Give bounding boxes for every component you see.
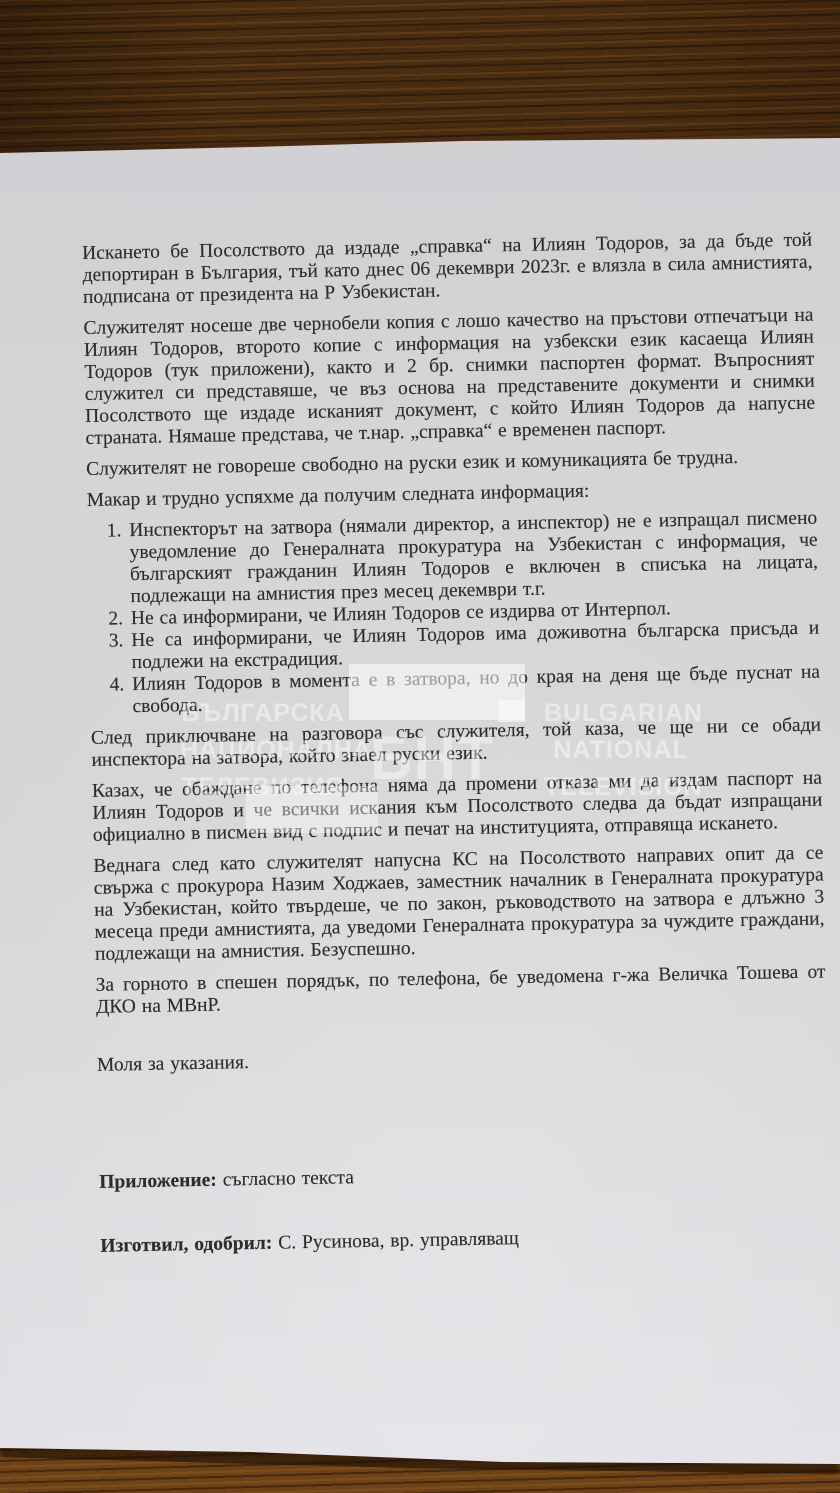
document-text: Искането бе Посолството да издаде „справ… — [82, 230, 831, 1267]
paragraph-call-promise: След приключване на разговора със служит… — [91, 715, 822, 772]
paragraph-prosecutor: Веднага след като служителят напусна КС … — [93, 843, 825, 966]
prepared-by-value: С. Русинова, вр. управляващ — [278, 1228, 519, 1253]
paragraph-closing: Моля за указания. — [97, 1041, 827, 1076]
document-photo: Искането бе Посолството да издаде „справ… — [0, 0, 840, 1493]
document-page: Искането бе Посолството да издаде „справ… — [0, 0, 840, 1493]
attachment-line: Приложение:съгласно текста — [99, 1158, 829, 1193]
prepared-by-label: Изготвил, одобрил: — [100, 1233, 272, 1257]
paragraph-copies: Служителят носеше две чернобели копия с … — [83, 305, 815, 450]
attachment-label: Приложение: — [99, 1170, 217, 1193]
paragraph-refusal: Казах, че обаждане по телефона няма да п… — [92, 768, 823, 847]
prepared-by-line: Изготвил, одобрил:С. Русинова, вр. управ… — [100, 1222, 830, 1257]
paragraph-language: Служителят не говореше свободно на руски… — [86, 446, 816, 481]
paragraph-info-intro: Макар и трудно успяхме да получим следна… — [87, 477, 817, 512]
attachment-value: съгласно текста — [223, 1167, 354, 1190]
numbered-list: Инспекторът на затвора (нямали директор,… — [87, 508, 821, 719]
paragraph-notified: За горното в спешен порядък, по телефона… — [95, 961, 826, 1018]
list-item: Инспекторът на затвора (нямали директор,… — [127, 508, 818, 609]
paragraph-request: Искането бе Посолството да издаде „справ… — [82, 230, 813, 309]
